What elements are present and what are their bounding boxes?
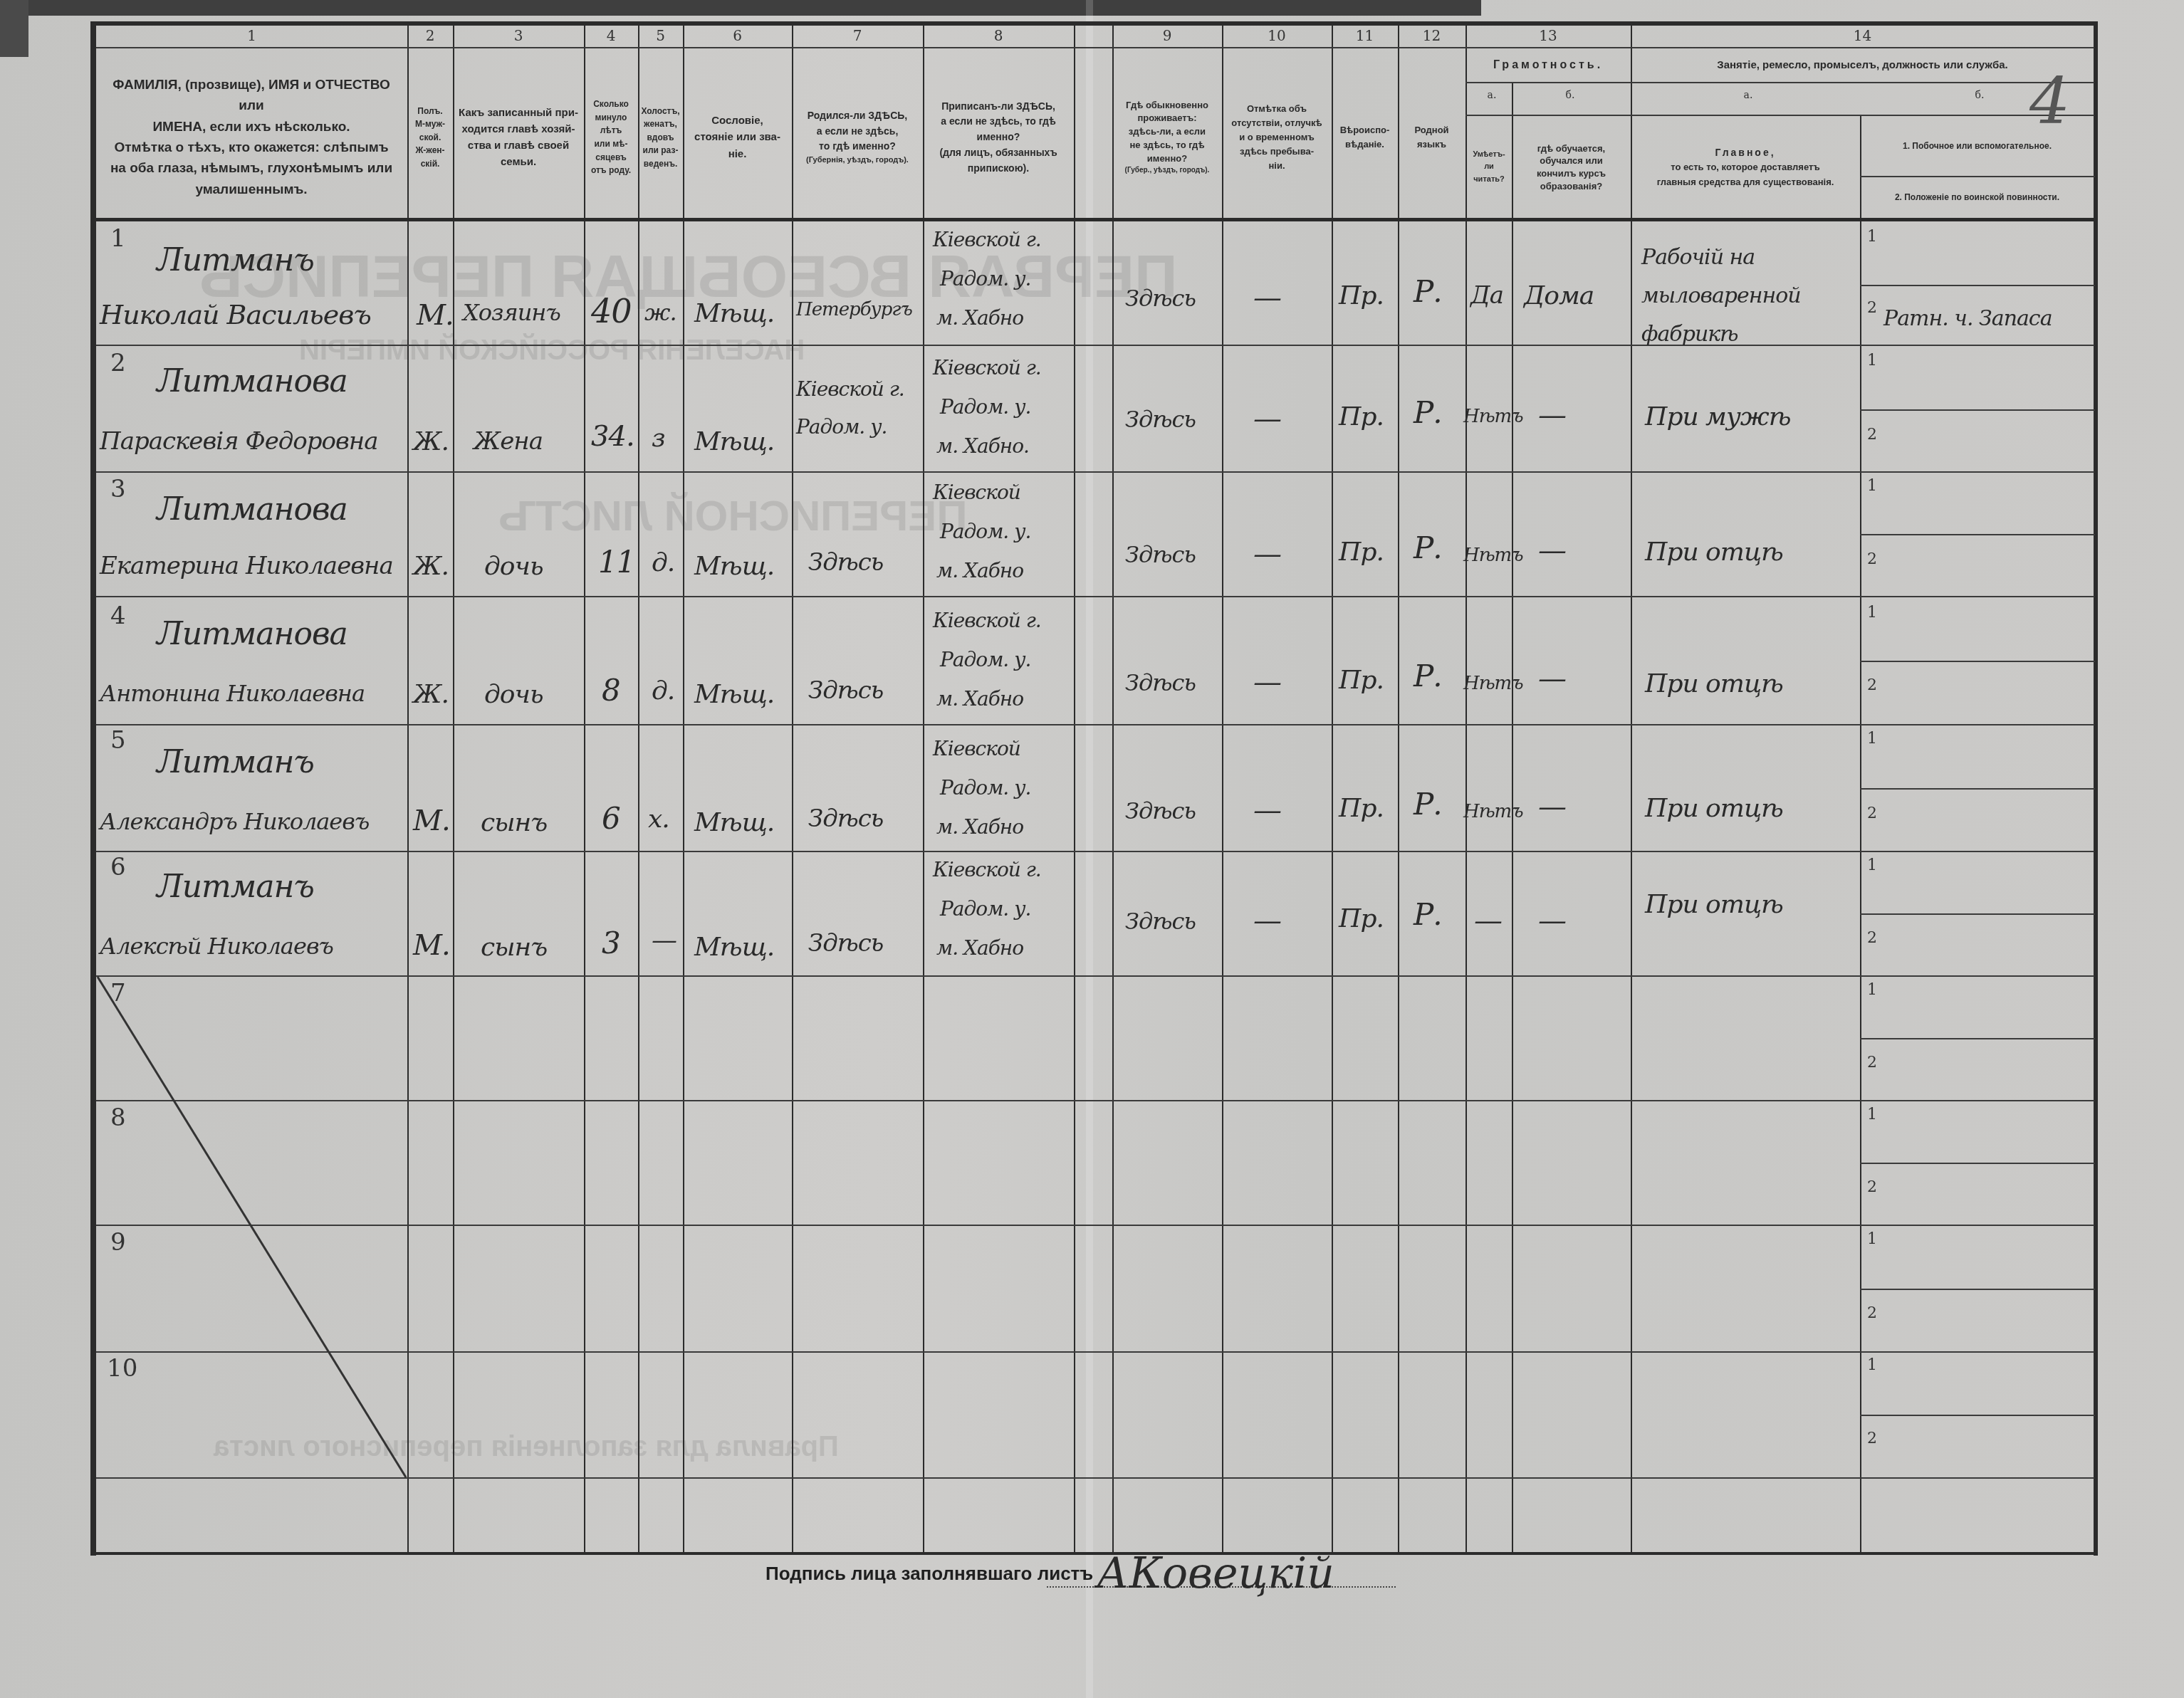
empty-rows-strike-line	[0, 0, 2184, 1698]
signature: АКовецкій	[1097, 1548, 1334, 1598]
signature-label: Подпись лица заполнявшаго листъ	[766, 1563, 1093, 1585]
